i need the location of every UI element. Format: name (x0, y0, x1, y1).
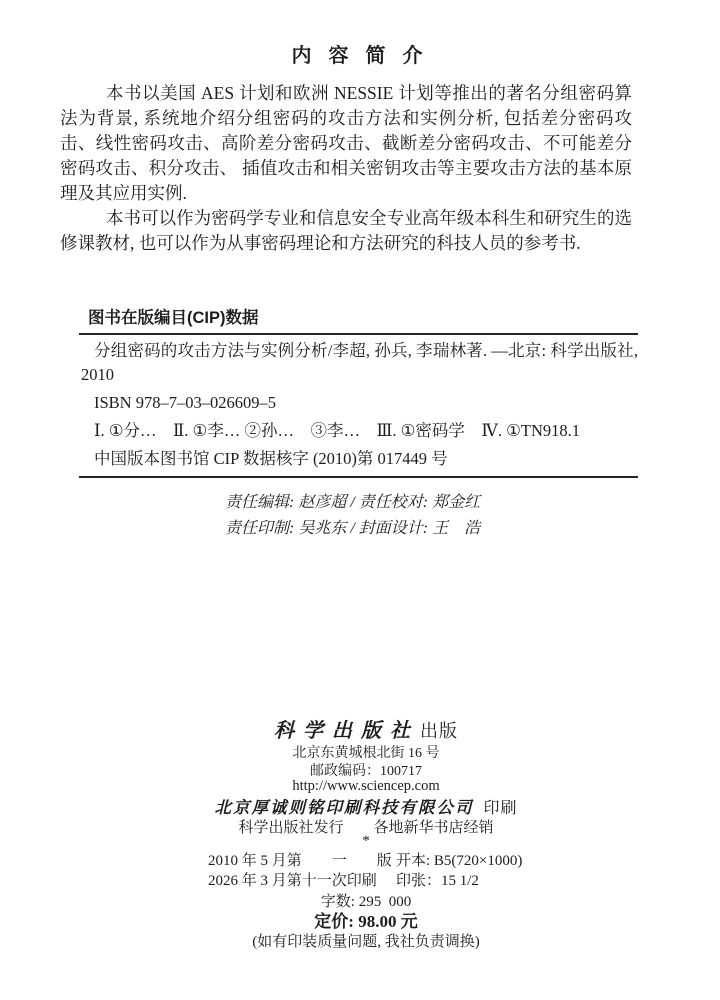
quality-notice: (如有印装质量问题, 我社负责调换) (6, 930, 720, 951)
publisher-website: http://www.sciencep.com (6, 778, 720, 795)
price: 定价: 98.00 元 (6, 907, 720, 932)
summary-paragraph-1: 本书以美国 AES 计划和欧洲 NESSIE 计划等推出的著名分组密码算法为背景… (60, 81, 632, 206)
publisher-line: 科 学 出 版 社出版 (6, 714, 720, 743)
publisher-name-logotype: 科 学 出 版 社 (274, 720, 412, 742)
sheet-count: 印张：15 1/2 (396, 872, 479, 891)
cip-classification: Ⅰ. ①分… Ⅱ. ①李… ②孙… ③李… Ⅲ. ①密码学 Ⅳ. ①TN918.… (81, 419, 638, 443)
staff-credits: 责任编辑: 赵彦超 / 责任校对: 郑金红 责任印制: 吴兆东 / 封面设计: … (225, 490, 480, 542)
editor-proofreader-line: 责任编辑: 赵彦超 / 责任校对: 郑金红 (225, 490, 480, 516)
book-copyright-page: 内 容 简 介 本书以美国 AES 计划和欧洲 NESSIE 计划等推出的著名分… (0, 0, 720, 1000)
publisher-role-label: 出版 (420, 721, 458, 741)
publisher-address: 北京东黄城根北街 16 号 (6, 742, 720, 762)
cip-bottom-rule (79, 476, 638, 478)
summary-paragraph-2: 本书可以作为密码学专业和信息安全专业高年级本科生和研究生的选修课教材, 也可以作… (60, 206, 632, 256)
printing-date: 2026 年 3 月第十一次印刷 (208, 872, 377, 891)
cip-data-block: 分组密码的攻击方法与实例分析/李超, 孙兵, 李瑞林著. —北京: 科学出版社,… (81, 339, 638, 475)
cip-isbn: ISBN 978–7–03–026609–5 (81, 391, 638, 415)
printer-designer-line: 责任印制: 吴兆东 / 封面设计: 王 浩 (225, 516, 480, 542)
cip-registry-number: 中国版本图书馆 CIP 数据核字 (2010)第 017449 号 (81, 447, 638, 471)
edition-date: 2010 年 5 月第 一 版 (208, 852, 392, 871)
printer-role-label: 印刷 (483, 800, 517, 817)
format-spec: 开本: B5(720×1000) (396, 852, 522, 871)
cip-top-rule (79, 333, 638, 335)
cip-title-entry: 分组密码的攻击方法与实例分析/李超, 孙兵, 李瑞林著. —北京: 科学出版社,… (81, 339, 638, 387)
content-summary: 本书以美国 AES 计划和欧洲 NESSIE 计划等推出的著名分组密码算法为背景… (60, 81, 632, 256)
cip-heading: 图书在版编目(CIP)数据 (88, 306, 259, 330)
page-title: 内 容 简 介 (0, 42, 720, 70)
printer-name-logotype: 北京厚诚则铭印刷科技有限公司 (214, 798, 473, 817)
asterisk-divider: * (6, 833, 720, 850)
printer-line: 北京厚诚则铭印刷科技有限公司印刷 (6, 794, 720, 818)
postal-code: 邮政编码：100717 (6, 760, 720, 780)
